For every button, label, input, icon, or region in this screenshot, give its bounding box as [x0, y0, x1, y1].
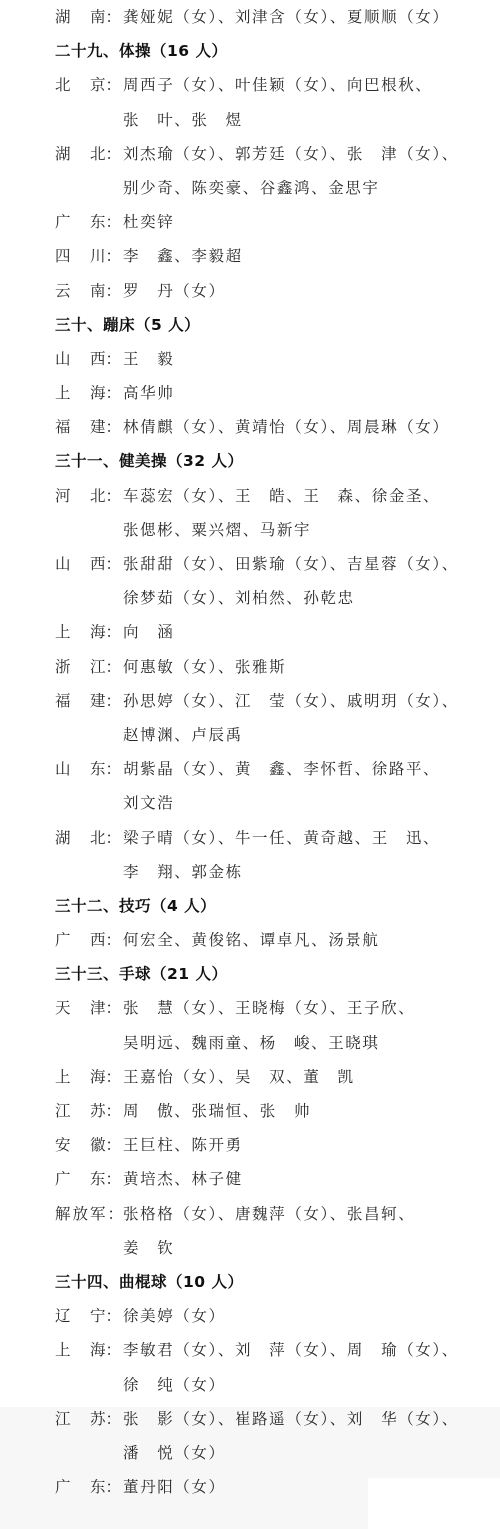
athlete-names: 张偲彬、粟兴熠、马新宇: [123, 513, 311, 547]
athlete-names: 赵博渊、卢辰禹: [123, 718, 243, 752]
region-label-char-1: 北: [55, 68, 71, 102]
athlete-names: 李 翔、郭金栋: [123, 855, 243, 889]
section-heading: 三十二、技巧（4 人）: [55, 889, 500, 923]
region-label-char-2: 西：: [90, 342, 121, 376]
roster-entry: 云南：罗 丹（女）: [55, 274, 500, 308]
athlete-names: 徐 纯（女）: [123, 1368, 226, 1402]
athlete-names: 梁子晴（女）、牛一任、黄奇越、王 迅、: [123, 821, 440, 855]
section-heading: 二十九、体操（16 人）: [55, 34, 500, 68]
region-label-char-1: 广: [55, 1162, 71, 1196]
athlete-names: 车蕊宏（女）、王 皓、王 森、徐金圣、: [123, 479, 440, 513]
roster-entry: 四川：李 鑫、李毅超: [55, 239, 500, 273]
roster-entry: 广西：何宏全、黄俊铭、谭卓凡、汤景航: [55, 923, 500, 957]
region-label-char-1: 广: [55, 205, 71, 239]
athlete-names: 张 叶、张 煜: [123, 103, 243, 137]
region-label-char-2: 宁：: [90, 1299, 121, 1333]
roster-entry: 河北：车蕊宏（女）、王 皓、王 森、徐金圣、: [55, 479, 500, 513]
region-label-char-1: 上: [55, 1333, 71, 1367]
region-label-char-1: 广: [55, 923, 71, 957]
region-label-char-2: 津：: [90, 991, 121, 1025]
region-label-char-1: 山: [55, 752, 71, 786]
region-label-char-1: 广: [55, 1470, 71, 1504]
section-heading: 三十一、健美操（32 人）: [55, 444, 500, 478]
roster-continuation-line: 李 翔、郭金栋: [55, 855, 500, 889]
region-label-char-1: 上: [55, 376, 71, 410]
athlete-names: 别少奇、陈奕豪、谷鑫鸿、金思宇: [123, 171, 380, 205]
roster-entry: 上海：向 涵: [55, 615, 500, 649]
athlete-names: 李 鑫、李毅超: [123, 239, 243, 273]
roster-entry: 福建：林倩麒（女）、黄靖怡（女）、周晨琳（女）: [55, 410, 500, 444]
roster-entry: 安徽：王巨柱、陈开勇: [55, 1128, 500, 1162]
roster-entry: 浙江：何惠敏（女）、张雅斯: [55, 650, 500, 684]
roster-continuation-line: 姜 钦: [55, 1231, 500, 1265]
athlete-names: 罗 丹（女）: [123, 274, 226, 308]
region-label-char-1: 山: [55, 342, 71, 376]
region-label-char-1: 上: [55, 615, 71, 649]
section-heading: 三十三、手球（21 人）: [55, 957, 500, 991]
section-heading: 三十四、曲棍球（10 人）: [55, 1265, 500, 1299]
roster-entry: 广东：董丹阳（女）: [55, 1470, 500, 1504]
roster-entry: 山东：胡紫晶（女）、黄 鑫、李怀哲、徐路平、: [55, 752, 500, 786]
roster-entry: 北京：周西子（女）、叶佳颖（女）、向巴根秋、: [55, 68, 500, 102]
region-label-char-1: 福: [55, 684, 71, 718]
athlete-names: 周西子（女）、叶佳颖（女）、向巴根秋、: [123, 68, 432, 102]
athlete-names: 徐梦茹（女）、刘柏然、孙乾忠: [123, 581, 355, 615]
region-label-char-2: 苏：: [90, 1094, 121, 1128]
athlete-names: 高华帅: [123, 376, 174, 410]
region-label-char-2: 海：: [90, 1060, 121, 1094]
athlete-names: 张格格（女）、唐魏萍（女）、张昌轲、: [123, 1197, 415, 1231]
region-label-char-2: 苏：: [90, 1402, 121, 1436]
region-label-char-1: 湖: [55, 137, 71, 171]
athlete-names: 刘文浩: [123, 786, 174, 820]
region-label-char-1: 河: [55, 479, 71, 513]
region-label-char-2: 东：: [90, 205, 121, 239]
athlete-names: 王 毅: [123, 342, 174, 376]
athlete-names: 潘 悦（女）: [123, 1436, 226, 1470]
region-label-char-1: 江: [55, 1402, 71, 1436]
athlete-names: 董丹阳（女）: [123, 1470, 226, 1504]
region-label-char-2: 京：: [90, 68, 121, 102]
region-label-char-1: 福: [55, 410, 71, 444]
region-label-char-2: 东：: [90, 752, 121, 786]
roster-entry: 上海：高华帅: [55, 376, 500, 410]
region-label-char-2: 海：: [90, 376, 121, 410]
athlete-names: 李敏君（女）、刘 萍（女）、周 瑜（女）、: [123, 1333, 459, 1367]
roster-continuation-line: 潘 悦（女）: [55, 1436, 500, 1470]
roster-entry: 解放军：张格格（女）、唐魏萍（女）、张昌轲、: [55, 1197, 500, 1231]
region-label-char-2: 建：: [90, 684, 121, 718]
athlete-names: 黄培杰、林子健: [123, 1162, 243, 1196]
athlete-names: 王巨柱、陈开勇: [123, 1128, 243, 1162]
athlete-names: 胡紫晶（女）、黄 鑫、李怀哲、徐路平、: [123, 752, 440, 786]
athlete-names: 张 影（女）、崔路遥（女）、刘 华（女）、: [123, 1402, 459, 1436]
region-label-char-2: 东：: [90, 1470, 121, 1504]
roster-entry: 湖南：龚娅妮（女）、刘津含（女）、夏顺顺（女）: [55, 0, 500, 34]
region-label-char-1: 上: [55, 1060, 71, 1094]
region-label-char-1: 湖: [55, 0, 71, 34]
athlete-names: 何惠敏（女）、张雅斯: [123, 650, 286, 684]
region-label-char-2: 北：: [90, 479, 121, 513]
athlete-roster-document: 湖南：龚娅妮（女）、刘津含（女）、夏顺顺（女）二十九、体操（16 人）北京：周西…: [55, 0, 500, 1504]
region-label-char-2: 西：: [90, 923, 121, 957]
region-label-char-1: 四: [55, 239, 71, 273]
roster-entry: 上海：王嘉怡（女）、吴 双、董 凯: [55, 1060, 500, 1094]
region-label-char-2: 徽：: [90, 1128, 121, 1162]
roster-continuation-line: 别少奇、陈奕豪、谷鑫鸿、金思宇: [55, 171, 500, 205]
athlete-names: 周 傲、张瑞恒、张 帅: [123, 1094, 311, 1128]
roster-continuation-line: 徐梦茹（女）、刘柏然、孙乾忠: [55, 581, 500, 615]
roster-entry: 江苏：张 影（女）、崔路遥（女）、刘 华（女）、: [55, 1402, 500, 1436]
region-label-char-1: 云: [55, 274, 71, 308]
region-label-char-2: 海：: [90, 1333, 121, 1367]
roster-entry: 江苏：周 傲、张瑞恒、张 帅: [55, 1094, 500, 1128]
region-label-char-2: 江：: [90, 650, 121, 684]
region-label-char-2: 北：: [90, 137, 121, 171]
region-label-char-2: 南：: [90, 0, 121, 34]
region-label-text: 解放军：: [55, 1197, 125, 1231]
region-label-char-2: 海：: [90, 615, 121, 649]
section-heading: 三十、蹦床（5 人）: [55, 308, 500, 342]
roster-continuation-line: 刘文浩: [55, 786, 500, 820]
roster-continuation-line: 吴明远、魏雨童、杨 峻、王晓琪: [55, 1026, 500, 1060]
athlete-names: 刘杰瑜（女）、郭芳廷（女）、张 津（女）、: [123, 137, 459, 171]
athlete-names: 龚娅妮（女）、刘津含（女）、夏顺顺（女）: [123, 0, 450, 34]
athlete-names: 向 涵: [123, 615, 174, 649]
roster-entry: 福建：孙思婷（女）、江 莹（女）、戚明玥（女）、: [55, 684, 500, 718]
athlete-names: 徐美婷（女）: [123, 1299, 226, 1333]
roster-entry: 上海：李敏君（女）、刘 萍（女）、周 瑜（女）、: [55, 1333, 500, 1367]
region-label-char-1: 安: [55, 1128, 71, 1162]
roster-continuation-line: 赵博渊、卢辰禹: [55, 718, 500, 752]
athlete-names: 张 慧（女）、王晓梅（女）、王子欣、: [123, 991, 415, 1025]
athlete-names: 吴明远、魏雨童、杨 峻、王晓琪: [123, 1026, 380, 1060]
athlete-names: 孙思婷（女）、江 莹（女）、戚明玥（女）、: [123, 684, 459, 718]
athlete-names: 姜 钦: [123, 1231, 174, 1265]
region-label-char-2: 川：: [90, 239, 121, 273]
region-label-char-2: 西：: [90, 547, 121, 581]
roster-entry: 山西：王 毅: [55, 342, 500, 376]
region-label-char-1: 天: [55, 991, 71, 1025]
region-label-char-1: 江: [55, 1094, 71, 1128]
athlete-names: 何宏全、黄俊铭、谭卓凡、汤景航: [123, 923, 380, 957]
roster-entry: 广东：黄培杰、林子健: [55, 1162, 500, 1196]
region-label-char-1: 湖: [55, 821, 71, 855]
roster-entry: 天津：张 慧（女）、王晓梅（女）、王子欣、: [55, 991, 500, 1025]
roster-entry: 山西：张甜甜（女）、田紫瑜（女）、吉星蓉（女）、: [55, 547, 500, 581]
roster-entry: 湖北：梁子晴（女）、牛一任、黄奇越、王 迅、: [55, 821, 500, 855]
region-label-char-1: 浙: [55, 650, 71, 684]
roster-entry: 广东：杜奕锌: [55, 205, 500, 239]
athlete-names: 张甜甜（女）、田紫瑜（女）、吉星蓉（女）、: [123, 547, 459, 581]
athlete-names: 杜奕锌: [123, 205, 174, 239]
region-label-char-2: 南：: [90, 274, 121, 308]
roster-continuation-line: 张 叶、张 煜: [55, 103, 500, 137]
roster-entry: 辽宁：徐美婷（女）: [55, 1299, 500, 1333]
region-label-char-2: 北：: [90, 821, 121, 855]
region-label-char-2: 建：: [90, 410, 121, 444]
roster-continuation-line: 张偲彬、粟兴熠、马新宇: [55, 513, 500, 547]
athlete-names: 林倩麒（女）、黄靖怡（女）、周晨琳（女）: [123, 410, 450, 444]
roster-entry: 湖北：刘杰瑜（女）、郭芳廷（女）、张 津（女）、: [55, 137, 500, 171]
roster-continuation-line: 徐 纯（女）: [55, 1368, 500, 1402]
region-label-char-2: 东：: [90, 1162, 121, 1196]
region-label-char-1: 辽: [55, 1299, 71, 1333]
athlete-names: 王嘉怡（女）、吴 双、董 凯: [123, 1060, 355, 1094]
region-label-char-1: 山: [55, 547, 71, 581]
